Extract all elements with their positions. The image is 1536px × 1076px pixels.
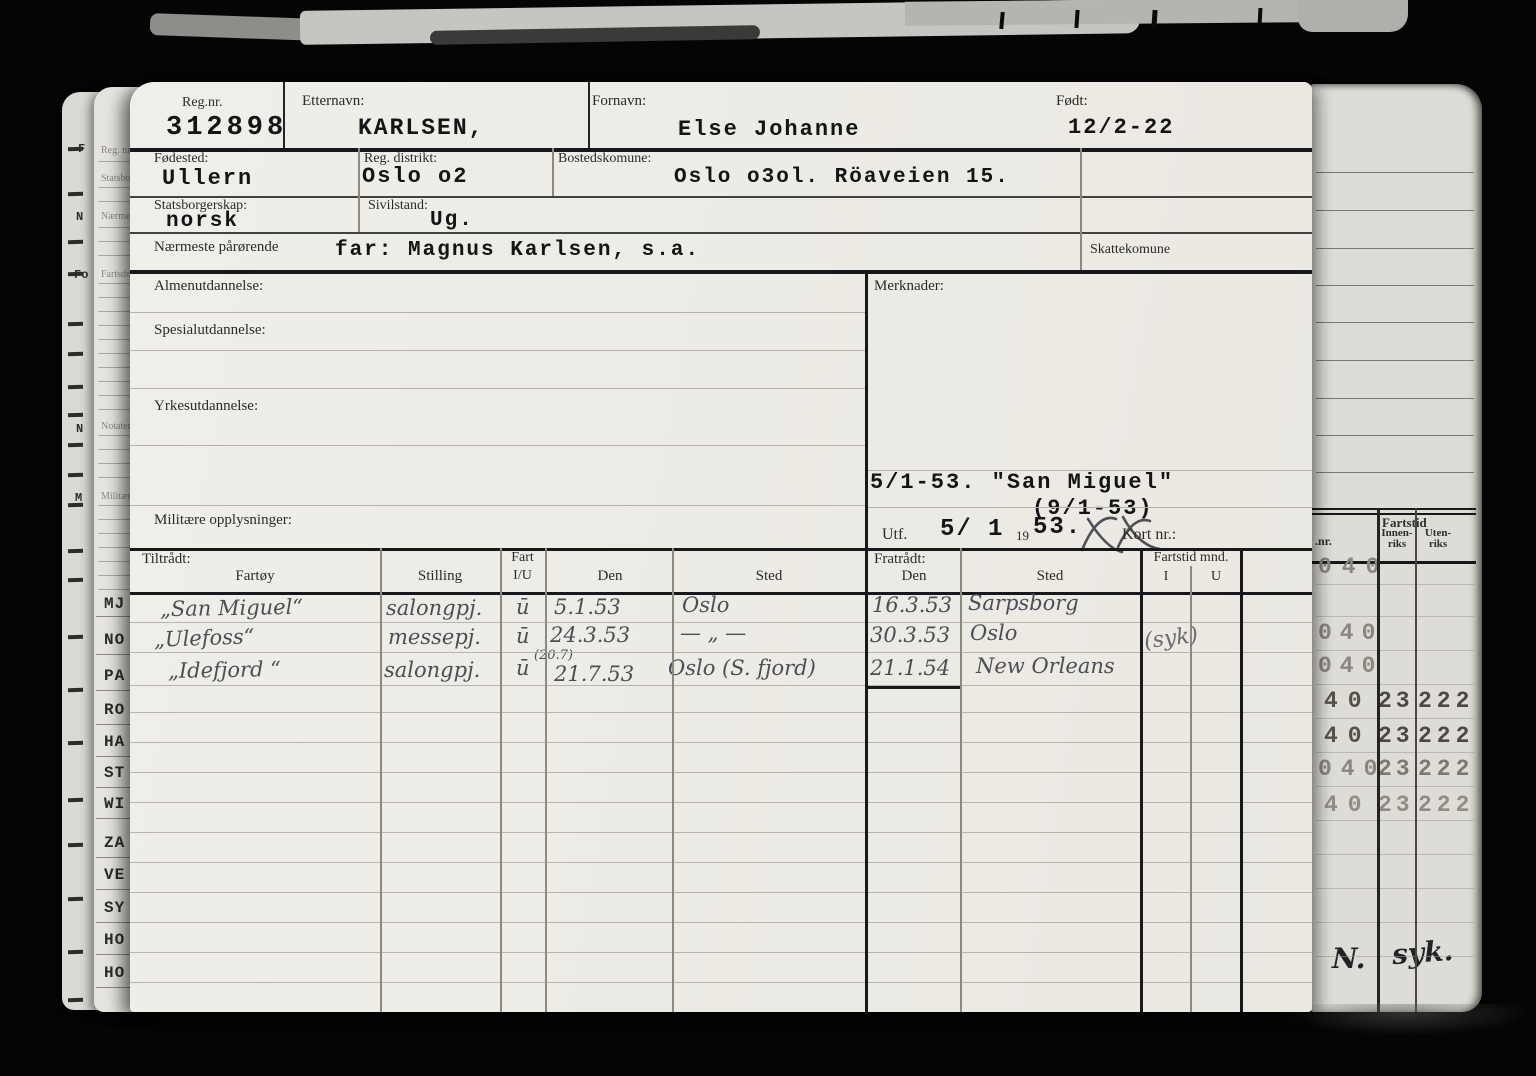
divider-line — [130, 196, 1312, 198]
handwritten-note-syk: syk. — [1391, 934, 1454, 971]
voyage-fartoy: „Ulefoss“ — [154, 624, 255, 651]
fornavn-label: Fornavn: — [592, 93, 646, 110]
sivilstand-value: Ug. — [430, 209, 474, 232]
voyage-iu: ū — [516, 624, 530, 648]
rule-line — [960, 548, 962, 1012]
fartstid-value: 222 — [1418, 688, 1474, 714]
statsborgerskap-value: norsk — [166, 210, 239, 233]
edge-label: Notater — [101, 421, 131, 432]
port-letter: PA — [104, 667, 125, 685]
fratradt-label: Fratrådt: — [874, 551, 926, 568]
skattekomune-label: Skattekomune — [1090, 242, 1170, 258]
handwritten-note-n: N. — [1332, 942, 1366, 975]
rule-line — [68, 443, 83, 448]
spesialutdannelse-label: Spesialutdannelse: — [154, 322, 266, 339]
voyage-sted: — „ — — [680, 621, 746, 645]
fartstid-value: 040 — [1318, 653, 1383, 679]
fartstid-value: 23 — [1378, 688, 1414, 714]
voyage-fra-sted: New Orleans — [976, 654, 1115, 678]
rule-line — [68, 741, 83, 746]
divider-line — [130, 232, 1312, 234]
fartstid-value: 040 — [1318, 620, 1383, 646]
voyage-fra-den: 30.3.53 — [870, 623, 950, 647]
fornavn-value: Else Johanne — [678, 117, 860, 142]
col-i: I — [1142, 569, 1190, 585]
rule-line — [130, 982, 1312, 983]
rule-line — [130, 445, 865, 446]
stacked-card-right: Fartstid Innen-riks Uten-riks .nr. 040 0… — [1310, 84, 1482, 1012]
rule-line — [68, 897, 83, 902]
rule-line — [130, 388, 865, 389]
rule-line — [865, 507, 1312, 508]
voyage-den: 21.7.53 — [554, 662, 634, 686]
divider-line — [588, 82, 590, 148]
edge-letter: N — [76, 210, 83, 224]
voyage-stilling: messepj. — [388, 625, 481, 649]
rule-line — [130, 952, 1312, 953]
col-fra-sted: Sted — [962, 568, 1138, 585]
rule-line — [1316, 956, 1474, 957]
fartstid-value: 40 — [1324, 792, 1372, 818]
rule-line — [1240, 548, 1243, 1012]
rule-line — [68, 147, 83, 152]
rule-line — [500, 548, 502, 1012]
voyage-fra-den: 16.3.53 — [872, 593, 952, 617]
utf-day: 5/ — [940, 516, 973, 543]
etternavn-value: KARLSEN, — [358, 115, 484, 141]
rule-line — [68, 322, 83, 327]
voyage-stilling: salongpj. — [384, 658, 480, 682]
port-letter: MJ — [104, 595, 125, 613]
voyage-fra-den: 21.1.54 — [870, 656, 950, 680]
col-u: U — [1192, 569, 1240, 585]
rule-line — [865, 470, 1312, 471]
utf-month: 1 — [988, 516, 1004, 543]
fartstid-value: 222 — [1418, 723, 1474, 749]
sivilstand-label: Sivilstand: — [368, 198, 428, 214]
rule-line — [68, 240, 83, 245]
col-fartoy: Fartøy — [150, 568, 360, 585]
rule-line — [68, 998, 83, 1003]
scan-mark — [1151, 10, 1157, 28]
rule-line — [130, 862, 1312, 863]
rule-line — [130, 712, 1312, 713]
rule-line — [130, 892, 1312, 893]
rule-line — [68, 950, 83, 955]
fartstid-value: 40 — [1324, 723, 1372, 749]
utenriks-header: Uten-riks — [1418, 528, 1458, 550]
rule-line — [68, 843, 83, 848]
merknader-note-1: 5/1-53. "San Miguel" — [870, 470, 1174, 495]
rule-line — [68, 549, 83, 554]
fodested-label: Fødested: — [154, 151, 208, 167]
rule-line — [672, 548, 674, 1012]
voyage-den: 24.3.53 — [550, 623, 630, 647]
voyage-iu: ū — [516, 595, 530, 619]
col-den: Den — [550, 568, 670, 585]
fodested-value: Ullern — [162, 166, 253, 191]
rule-line — [68, 413, 83, 418]
tiltradt-label: Tiltrådt: — [142, 551, 191, 568]
port-letter: ST — [104, 764, 125, 782]
rule-line — [865, 270, 868, 1012]
rule-line — [1415, 508, 1417, 1012]
rule-line — [68, 473, 83, 478]
port-letter: SY — [104, 899, 125, 917]
rule-line — [68, 272, 83, 277]
rule-line — [1316, 435, 1474, 436]
rule-line — [380, 548, 382, 1012]
regnr-value: 312898 — [166, 113, 287, 143]
rule-line — [1316, 786, 1474, 787]
rule-line — [1316, 360, 1474, 361]
emphasis-underline — [868, 686, 960, 689]
voyage-stilling: salongpj. — [386, 596, 482, 620]
voyage-fra-sted: Oslo — [970, 621, 1017, 645]
innenriks-header: Innen-riks — [1379, 528, 1415, 550]
rule-line — [1316, 684, 1474, 685]
rule-line — [130, 772, 1312, 773]
scan-edge-strip — [1298, 0, 1408, 32]
rule-line — [1316, 854, 1474, 855]
regdistrikt-value: Oslo o2 — [362, 164, 468, 189]
parorende-value: far: Magnus Karlsen, s.a. — [335, 239, 700, 262]
fartstid-value: 23 — [1378, 723, 1414, 749]
utf-label: Utf. — [882, 526, 907, 544]
rule-line — [1316, 922, 1474, 923]
rule-line — [130, 312, 865, 313]
merknader-label: Merknader: — [874, 278, 944, 295]
rule-line — [130, 742, 1312, 743]
scan-smudge — [1280, 1004, 1530, 1036]
fodt-value: 12/2-22 — [1068, 115, 1174, 140]
rule-line — [1316, 322, 1474, 323]
edge-label: Reg. nr. — [101, 145, 132, 156]
rule-line — [1316, 584, 1474, 585]
col-iu: I/U — [500, 568, 545, 584]
rule-line — [1316, 398, 1474, 399]
fartstid-value: 40 — [1324, 688, 1372, 714]
col-stilling: Stilling — [385, 568, 495, 585]
divider-line — [283, 82, 285, 148]
divider-line — [130, 270, 1312, 274]
rule-line — [1316, 472, 1474, 473]
bosted-value: Oslo o3ol. Röaveien 15. — [674, 166, 1010, 189]
rule-line — [130, 685, 1312, 686]
voyage-fra-sted: Sarpsborg — [968, 591, 1079, 615]
fartstid-value: 23 — [1378, 792, 1414, 818]
rule-line — [1316, 172, 1474, 173]
kortnr-label: Kort nr.: — [1122, 526, 1176, 544]
voyage-den: 5.1.53 — [554, 595, 621, 619]
rule-line — [1316, 210, 1474, 211]
rule-line — [1316, 888, 1474, 889]
col-sted: Sted — [675, 568, 863, 585]
parorende-label: Nærmeste pårørende — [154, 239, 279, 256]
rule-line — [1080, 148, 1082, 270]
rule-line — [68, 385, 83, 390]
scan-mark — [1258, 8, 1263, 26]
fartstid-value: 23 — [1378, 756, 1414, 782]
rule-line — [1140, 548, 1143, 1012]
rule-line — [1316, 718, 1474, 719]
utf-century: 19 — [1016, 528, 1029, 544]
port-letter: HA — [104, 733, 125, 751]
rule-line — [130, 802, 1312, 803]
rule-line — [68, 688, 83, 693]
scanned-document-page: F N Fo N M Reg. nr. Statsborg Nærmest Fa… — [0, 0, 1536, 1076]
rule-line — [1316, 820, 1474, 821]
rule-line — [130, 350, 865, 351]
rule-line — [68, 635, 83, 640]
col-fra-den: Den — [868, 568, 960, 585]
divider-line — [1310, 508, 1476, 510]
scan-edge-strip — [905, 0, 1305, 26]
rule-line — [130, 622, 1312, 623]
rule-line — [1377, 508, 1380, 1012]
divider-line — [130, 148, 1312, 152]
rule-line — [1316, 752, 1474, 753]
nr-header: .nr. — [1315, 534, 1332, 549]
yrkesutdannelse-label: Yrkesutdannelse: — [154, 398, 258, 415]
port-letter: HO — [104, 931, 125, 949]
port-letter: RO — [104, 701, 125, 719]
rule-line — [68, 503, 83, 508]
port-letter: VE — [104, 866, 125, 884]
rule-line — [358, 148, 360, 232]
rule-line — [130, 505, 865, 506]
seaman-registration-card: Reg.nr. 312898 Etternavn: KARLSEN, Forna… — [130, 82, 1312, 1012]
voyage-fartoy: „Idefjord “ — [168, 657, 281, 683]
utf-year: 53. — [1033, 514, 1082, 541]
port-letter: WI — [104, 795, 125, 813]
scan-edge-strip — [150, 13, 321, 41]
rule-line — [68, 192, 83, 197]
port-letter: NO — [104, 631, 125, 649]
rule-line — [1316, 616, 1474, 617]
rule-line — [130, 832, 1312, 833]
rule-line — [68, 578, 83, 583]
port-letter: ZA — [104, 834, 125, 852]
etternavn-label: Etternavn: — [302, 93, 364, 110]
almenutdannelse-label: Almenutdannelse: — [154, 278, 263, 295]
bosted-label: Bostedskomune: — [558, 151, 651, 167]
fartstid-value: 222 — [1418, 756, 1474, 782]
rule-line — [130, 652, 1312, 653]
voyage-sted: Oslo — [682, 593, 729, 617]
rule-line — [552, 148, 554, 196]
rule-line — [1316, 650, 1474, 651]
divider-line — [130, 548, 1312, 551]
fodt-label: Født: — [1056, 93, 1088, 110]
voyage-iu: ū — [516, 656, 530, 680]
rule-line — [68, 352, 83, 357]
militare-label: Militære opplysninger: — [154, 512, 292, 529]
rule-line — [130, 922, 1312, 923]
rule-line — [1316, 248, 1474, 249]
voyage-sted: Oslo (S. fjord) — [668, 656, 816, 680]
rule-line — [545, 548, 547, 1012]
rule-line — [1316, 285, 1474, 286]
col-fart: Fart — [500, 550, 545, 566]
col-fartstid-mnd: Fartstid mnd. — [1142, 550, 1240, 566]
regnr-label: Reg.nr. — [182, 95, 222, 111]
fartstid-value: 222 — [1418, 792, 1474, 818]
voyage-den-sup: (20.7) — [534, 648, 573, 663]
voyage-fartoy: „San Miguel“ — [160, 595, 303, 621]
port-letter: HO — [104, 964, 125, 982]
edge-letter: N — [76, 422, 83, 436]
rule-line — [68, 798, 83, 803]
